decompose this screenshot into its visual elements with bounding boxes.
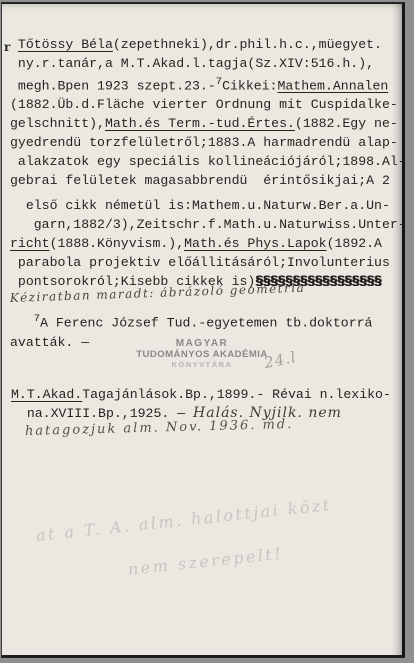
underlined-text: richt [10, 236, 50, 251]
text-segment: Cikkei: [222, 78, 277, 93]
typed-text-block: Tőtössy Béla(zepethneki),dr.phil.h.c.,mü… [10, 35, 402, 352]
typed-line: ny.r.tanár,a M.T.Akad.l.tagja(Sz.XIV:516… [10, 54, 402, 73]
text-segment: alakzatok egy speciális kollineációjáról… [10, 154, 406, 169]
typed-line: gebrai felületek magasabbrendü érintősik… [10, 171, 402, 190]
underlined-text: Mathem.Annalen [277, 78, 388, 93]
underlined-text: Tőtössy Béla [18, 37, 113, 52]
typed-line: megh.Bpen 1923 szept.23.-7Cikkei:Mathem.… [10, 73, 402, 95]
text-segment: (1888.Könyvism.), [50, 236, 185, 251]
underlined-text: Math.és Phys.Lapok [184, 236, 326, 251]
text-segment: garn,1882/3),Zeitschr.f.Math.u.Naturwiss… [10, 217, 406, 232]
typed-line: M.T.Akad.Tagajánlások.Bp.,1899.- Révai n… [11, 385, 402, 404]
text-segment: (zepethneki),dr.phil.h.c.,müegyet. [113, 37, 382, 52]
pencil-annotation: at a T. A. alm. halottjai közt [35, 495, 333, 545]
index-card: r Tőtössy Béla(zepethneki),dr.phil.h.c.,… [1, 2, 405, 658]
text-segment: (1882.Üb.d.Fläche vierter Ordnung mit Cu… [10, 97, 398, 112]
typed-line: Tőtössy Béla(zepethneki),dr.phil.h.c.,mü… [10, 35, 402, 54]
typed-line: (1882.Üb.d.Fläche vierter Ordnung mit Cu… [10, 95, 402, 114]
stamp-line: MAGYAR [2, 338, 402, 349]
text-segment: (1882.Egy ne- [295, 116, 398, 131]
stamp-line: TUDOMÁNYOS AKADÉMIA [2, 349, 402, 360]
pencil-annotation: nem szerepelt! [127, 544, 284, 579]
stamp-line: KÖNYVTÁRA [2, 360, 402, 369]
text-segment: (1892.A [327, 236, 382, 251]
text-segment: első cikk németül is:Mathem.u.Naturw.Ber… [10, 198, 390, 213]
text-segment: parabola projektiv előállitásáról;Involu… [10, 255, 390, 270]
text-segment [10, 316, 34, 331]
typed-line: 7A Ferenc József Tud.-egyetemen tb.dokto… [10, 310, 402, 332]
text-segment: ny.r.tanár,a M.T.Akad.l.tagja(Sz.XIV:516… [10, 56, 374, 71]
library-stamp: MAGYAR TUDOMÁNYOS AKADÉMIA KÖNYVTÁRA [2, 338, 402, 369]
typed-line: garn,1882/3),Zeitschr.f.Math.u.Naturwiss… [10, 215, 402, 234]
typed-line: alakzatok egy speciális kollineációjáról… [10, 152, 402, 171]
underlined-text: Math.és Term.-tud.Értes. [105, 116, 295, 131]
typed-line: gelschnitt),Math.és Term.-tud.Értes.(188… [10, 114, 402, 133]
text-segment: gelschnitt), [10, 116, 105, 131]
text-segment [10, 37, 18, 52]
text-segment: gebrai felületek magasabbrendü érintősik… [10, 173, 390, 188]
typed-line: richt(1888.Könyvism.),Math.és Phys.Lapok… [10, 234, 402, 253]
bibliography-block: M.T.Akad.Tagajánlások.Bp.,1899.- Révai n… [11, 385, 402, 442]
text-segment: megh.Bpen 1923 szept.23.- [10, 78, 216, 93]
underlined-text: M.T.Akad. [11, 387, 82, 402]
text-segment: A Ferenc József Tud.-egyetemen tb.doktor… [40, 316, 372, 331]
typed-line: gyedrendü torzfelületről;1883.A harmadre… [10, 133, 402, 152]
typed-line: parabola projektiv előállitásáról;Involu… [10, 253, 402, 272]
text-segment: gyedrendü torzfelületről;1883.A harmadre… [10, 135, 398, 150]
typed-line: első cikk németül is:Mathem.u.Naturw.Ber… [10, 196, 402, 215]
text-segment: Tagajánlások.Bp.,1899.- Révai n.lexiko- [82, 387, 391, 402]
